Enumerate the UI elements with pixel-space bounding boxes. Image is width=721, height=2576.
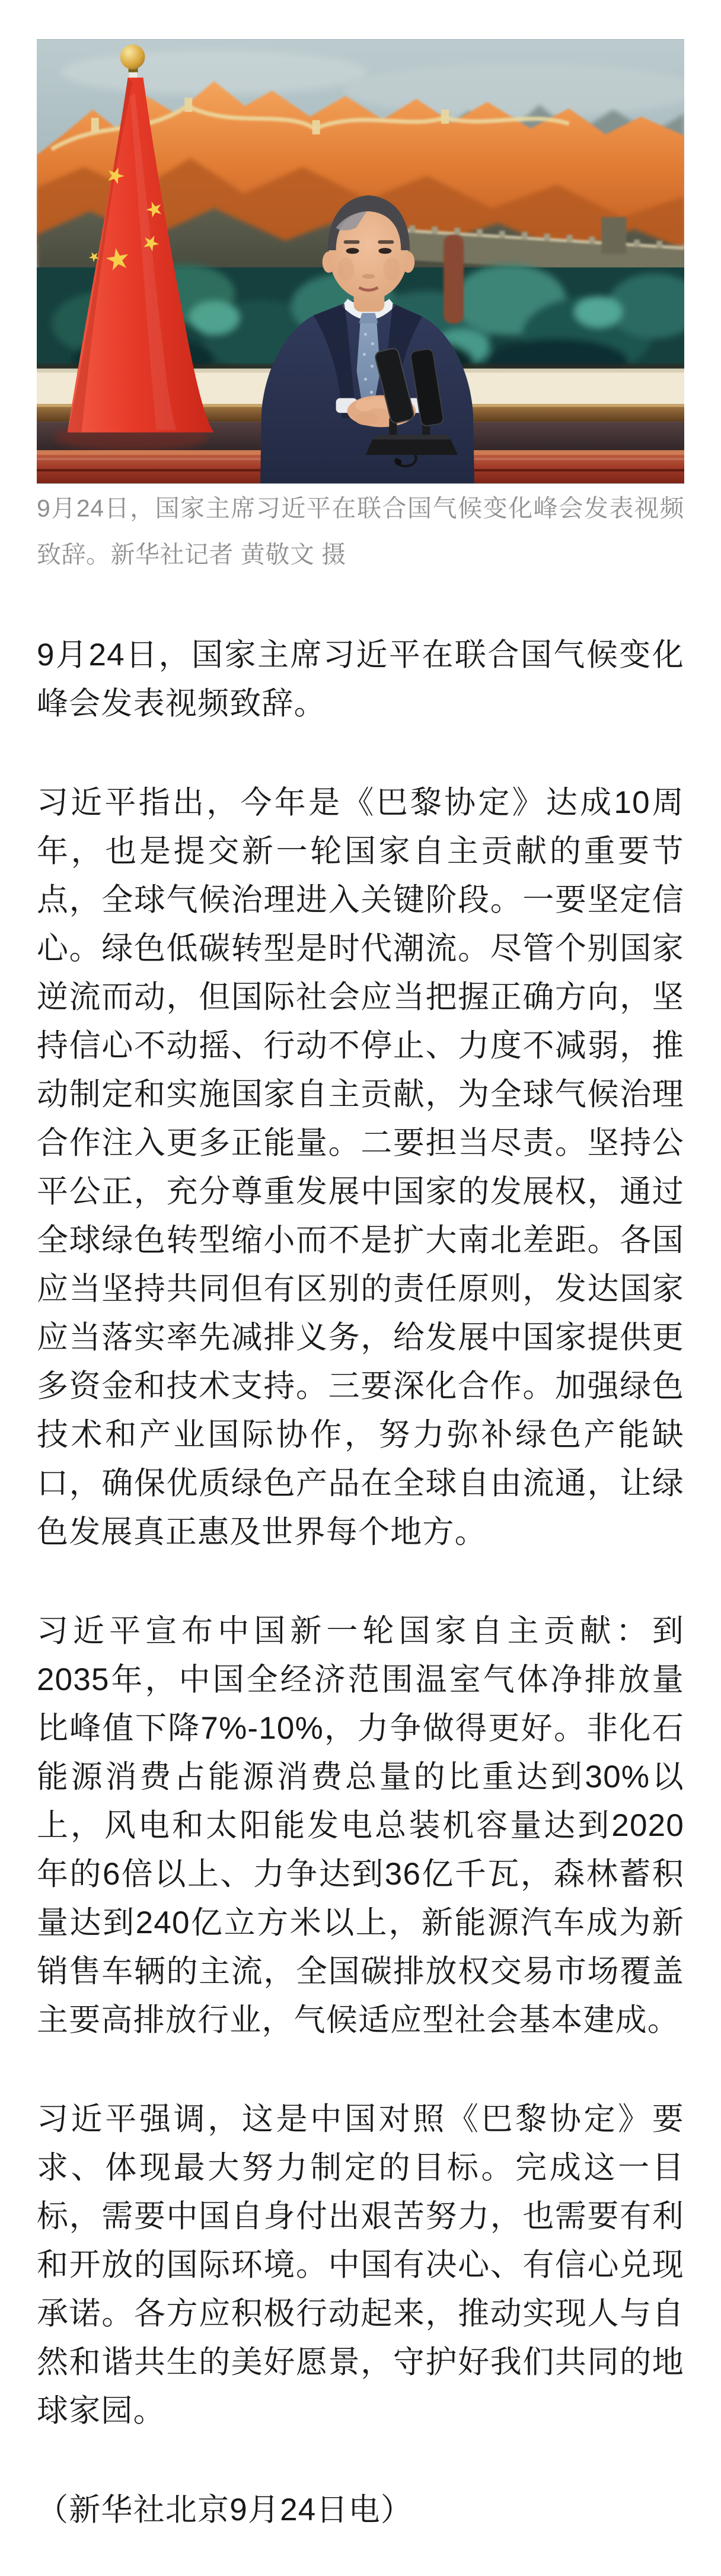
image-caption: 9月24日，国家主席习近平在联合国气候变化峰会发表视频致辞。新华社记者 黄敬文 … (37, 485, 684, 578)
eyebrow-right (378, 240, 394, 244)
eyebrow-left (344, 240, 360, 244)
eye-right (378, 248, 391, 254)
flag-finial-ball (120, 44, 145, 69)
paragraph-lead: 9月24日，国家主席习近平在联合国气候变化峰会发表视频致辞。 (37, 631, 684, 728)
paragraph-dateline: （新华社北京9月24日电） (37, 2486, 684, 2534)
eye-left (346, 248, 359, 254)
article-body: 9月24日，国家主席习近平在联合国气候变化峰会发表视频致辞。 习近平指出，今年是… (37, 631, 684, 2534)
article-image[interactable] (37, 39, 684, 484)
paragraph-commitment: 习近平强调，这是中国对照《巴黎协定》要求、体现最大努力制定的目标。完成这一目标，… (37, 2095, 684, 2435)
tie-knot (359, 313, 378, 323)
paragraph-ndc-targets: 习近平宣布中国新一轮国家自主贡献：到2035年，中国全经济范围温室气体净排放量比… (37, 1607, 684, 2045)
chair-back (444, 235, 464, 324)
microphone-base (365, 439, 458, 455)
article-page: 9月24日，国家主席习近平在联合国气候变化峰会发表视频致辞。新华社记者 黄敬文 … (0, 39, 721, 2534)
paragraph-points: 习近平指出，今年是《巴黎协定》达成10周年，也是提交新一轮国家自主贡献的重要节点… (37, 779, 684, 1557)
nose (362, 274, 375, 279)
